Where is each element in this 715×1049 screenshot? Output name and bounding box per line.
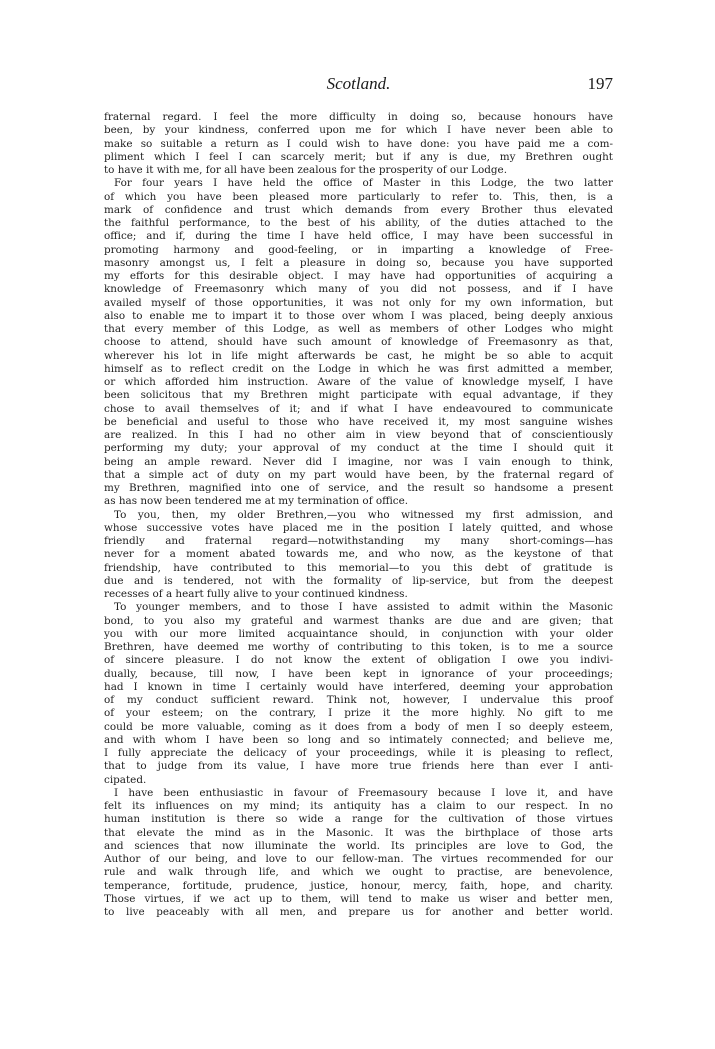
text-line: are realized. In this I had no other aim… (104, 429, 613, 442)
text-line: of which you have been pleased more part… (104, 191, 613, 204)
text-line: that elevate the mind as in the Masonic.… (104, 827, 613, 840)
text-line: himself as to reflect credit on the Lodg… (104, 363, 613, 376)
text-line: Brethren, have deemed me worthy of contr… (104, 641, 613, 654)
text-line: been solicitous that my Brethren might p… (104, 389, 613, 402)
text-line: performing my duty; your approval of my … (104, 442, 613, 455)
text-line: that every member of this Lodge, as well… (104, 323, 613, 336)
text-line: wherever his lot in life might afterward… (104, 350, 613, 363)
text-line: cipated. (104, 774, 613, 787)
text-line: of your esteem; on the contrary, I prize… (104, 707, 613, 720)
text-line: as has now been tendered me at my termin… (104, 495, 613, 508)
text-line: could be more valuable, coming as it doe… (104, 721, 613, 734)
text-line: friendship, have contributed to this mem… (104, 562, 613, 575)
paragraph-first-line: To younger members, and to those I have … (104, 601, 613, 614)
text-line: whose successive votes have placed me in… (104, 522, 613, 535)
text-line: pliment which I feel I can scarcely meri… (104, 151, 613, 164)
text-line: knowledge of Freemasonry which many of y… (104, 283, 613, 296)
text-line: that a simple act of duty on my part wou… (104, 469, 613, 482)
text-line: friendly and fraternal regard—notwithsta… (104, 535, 613, 548)
paragraph-first-line: I have been enthusiastic in favour of Fr… (104, 787, 613, 800)
text-line: mark of confidence and trust which deman… (104, 204, 613, 217)
text-line: choose to attend, should have such amoun… (104, 336, 613, 349)
text-line: I fully appreciate the delicacy of your … (104, 747, 613, 760)
body-text: fraternal regard. I feel the more diffic… (104, 111, 613, 919)
text-line: my efforts for this desirable object. I … (104, 270, 613, 283)
text-line: also to enable me to impart it to those … (104, 310, 613, 323)
text-line: be beneficial and useful to those who ha… (104, 416, 613, 429)
text-line: that to judge from its value, I have mor… (104, 760, 613, 773)
text-line: and sciences that now illuminate the wor… (104, 840, 613, 853)
page-header: Scotland. 197 (104, 74, 613, 98)
text-line: to live peaceably with all men, and prep… (104, 906, 613, 919)
paragraph-first-line: For four years I have held the office of… (104, 177, 613, 190)
text-line: of my conduct sufficient reward. Think n… (104, 694, 613, 707)
text-line: of sincere pleasure. I do not know the e… (104, 654, 613, 667)
text-line: my Brethren, magnified into one of servi… (104, 482, 613, 495)
text-line: the faithful performance, to the best of… (104, 217, 613, 230)
text-line: felt its influences on my mind; its anti… (104, 800, 613, 813)
text-line: being an ample reward. Never did I imagi… (104, 456, 613, 469)
text-line: rule and walk through life, and which we… (104, 866, 613, 879)
text-line: bond, to you also my grateful and warmes… (104, 615, 613, 628)
text-line: fraternal regard. I feel the more diffic… (104, 111, 613, 124)
running-title: Scotland. (104, 74, 613, 94)
text-line: temperance, fortitude, prudence, justice… (104, 880, 613, 893)
text-line: office; and if, during the time I have h… (104, 230, 613, 243)
text-line: masonry amongst us, I felt a pleasure in… (104, 257, 613, 270)
page-number: 197 (588, 74, 614, 94)
text-line: recesses of a heart fully alive to your … (104, 588, 613, 601)
text-line: never for a moment abated towards me, an… (104, 548, 613, 561)
text-line: availed myself of those opportunities, i… (104, 297, 613, 310)
text-line: had I known in time I certainly would ha… (104, 681, 613, 694)
text-line: chose to avail themselves of it; and if … (104, 403, 613, 416)
text-line: make so suitable a return as I could wis… (104, 138, 613, 151)
text-line: and with whom I have been so long and so… (104, 734, 613, 747)
text-line: Author of our being, and love to our fel… (104, 853, 613, 866)
text-line: due and is tendered, not with the formal… (104, 575, 613, 588)
text-line: to have it with me, for all have been ze… (104, 164, 613, 177)
text-line: Those virtues, if we act up to them, wil… (104, 893, 613, 906)
text-line: dually, because, till now, I have been k… (104, 668, 613, 681)
paragraph-first-line: To you, then, my older Brethren,—you who… (104, 509, 613, 522)
text-line: or which afforded him instruction. Aware… (104, 376, 613, 389)
text-line: promoting harmony and good-feeling, or i… (104, 244, 613, 257)
text-line: you with our more limited acquaintance s… (104, 628, 613, 641)
text-line: been, by your kindness, conferred upon m… (104, 124, 613, 137)
text-line: human institution is there so wide a ran… (104, 813, 613, 826)
